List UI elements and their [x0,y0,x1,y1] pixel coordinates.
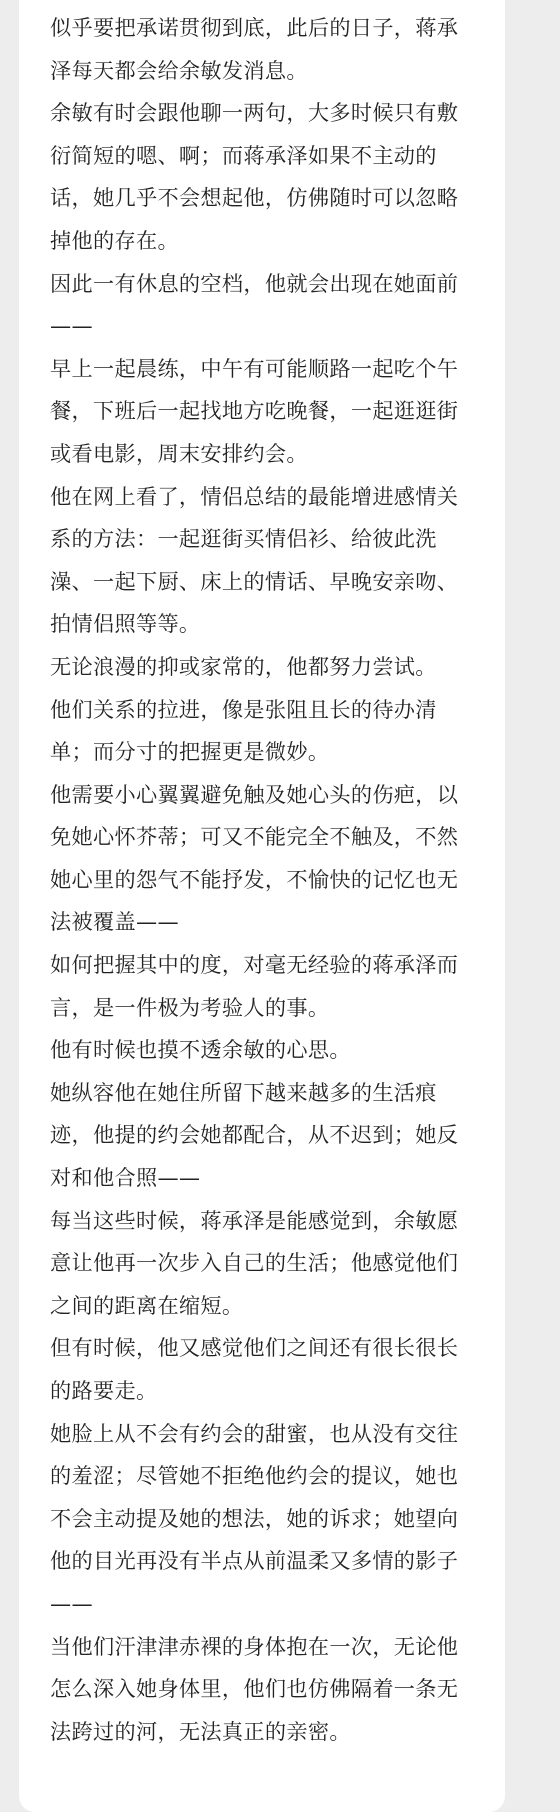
paragraph: 余敏有时会跟他聊一两句，大多时候只有敷衍简短的嗯、啊；而蒋承泽如果不主动的话，她… [50,92,466,262]
article-body: 似乎要把承诺贯彻到底，此后的日子，蒋承泽每天都会给余敏发消息。 余敏有时会跟他聊… [50,7,466,1753]
paragraph: 他在网上看了，情侣总结的最能增进感情关系的方法：一起逛街买情侣衫、给彼此洗澡、一… [50,476,466,646]
paragraph: 因此一有休息的空档，他就会出现在她面前—— [50,263,466,348]
paragraph: 他们关系的拉进，像是张阻且长的待办清单；而分寸的把握更是微妙。 [50,689,466,774]
paragraph: 他有时候也摸不透余敏的心思。 [50,1029,466,1072]
paragraph: 每当这些时候，蒋承泽是能感觉到，余敏愿意让他再一次步入自己的生活；他感觉他们之间… [50,1200,466,1328]
paragraph: 当他们汗津津赤裸的身体抱在一次，无论他怎么深入她身体里，他们也仿佛隔着一条无法跨… [50,1626,466,1754]
paragraph: 她脸上从不会有约会的甜蜜，也从没有交往的羞涩；尽管她不拒绝他约会的提议，她也不会… [50,1413,466,1626]
paragraph: 早上一起晨练，中午有可能顺路一起吃个午餐，下班后一起找地方吃晚餐，一起逛逛街或看… [50,348,466,476]
paragraph: 他需要小心翼翼避免触及她心头的伤疤，以免她心怀芥蒂；可又不能完全不触及，不然她心… [50,774,466,944]
paragraph: 无论浪漫的抑或家常的，他都努力尝试。 [50,646,466,689]
paragraph: 但有时候，他又感觉他们之间还有很长很长的路要走。 [50,1327,466,1412]
paragraph: 似乎要把承诺贯彻到底，此后的日子，蒋承泽每天都会给余敏发消息。 [50,7,466,92]
paragraph: 她纵容他在她住所留下越来越多的生活痕迹，他提的约会她都配合，从不迟到；她反对和他… [50,1072,466,1200]
paragraph: 如何把握其中的度，对毫无经验的蒋承泽而言，是一件极为考验人的事。 [50,944,466,1029]
